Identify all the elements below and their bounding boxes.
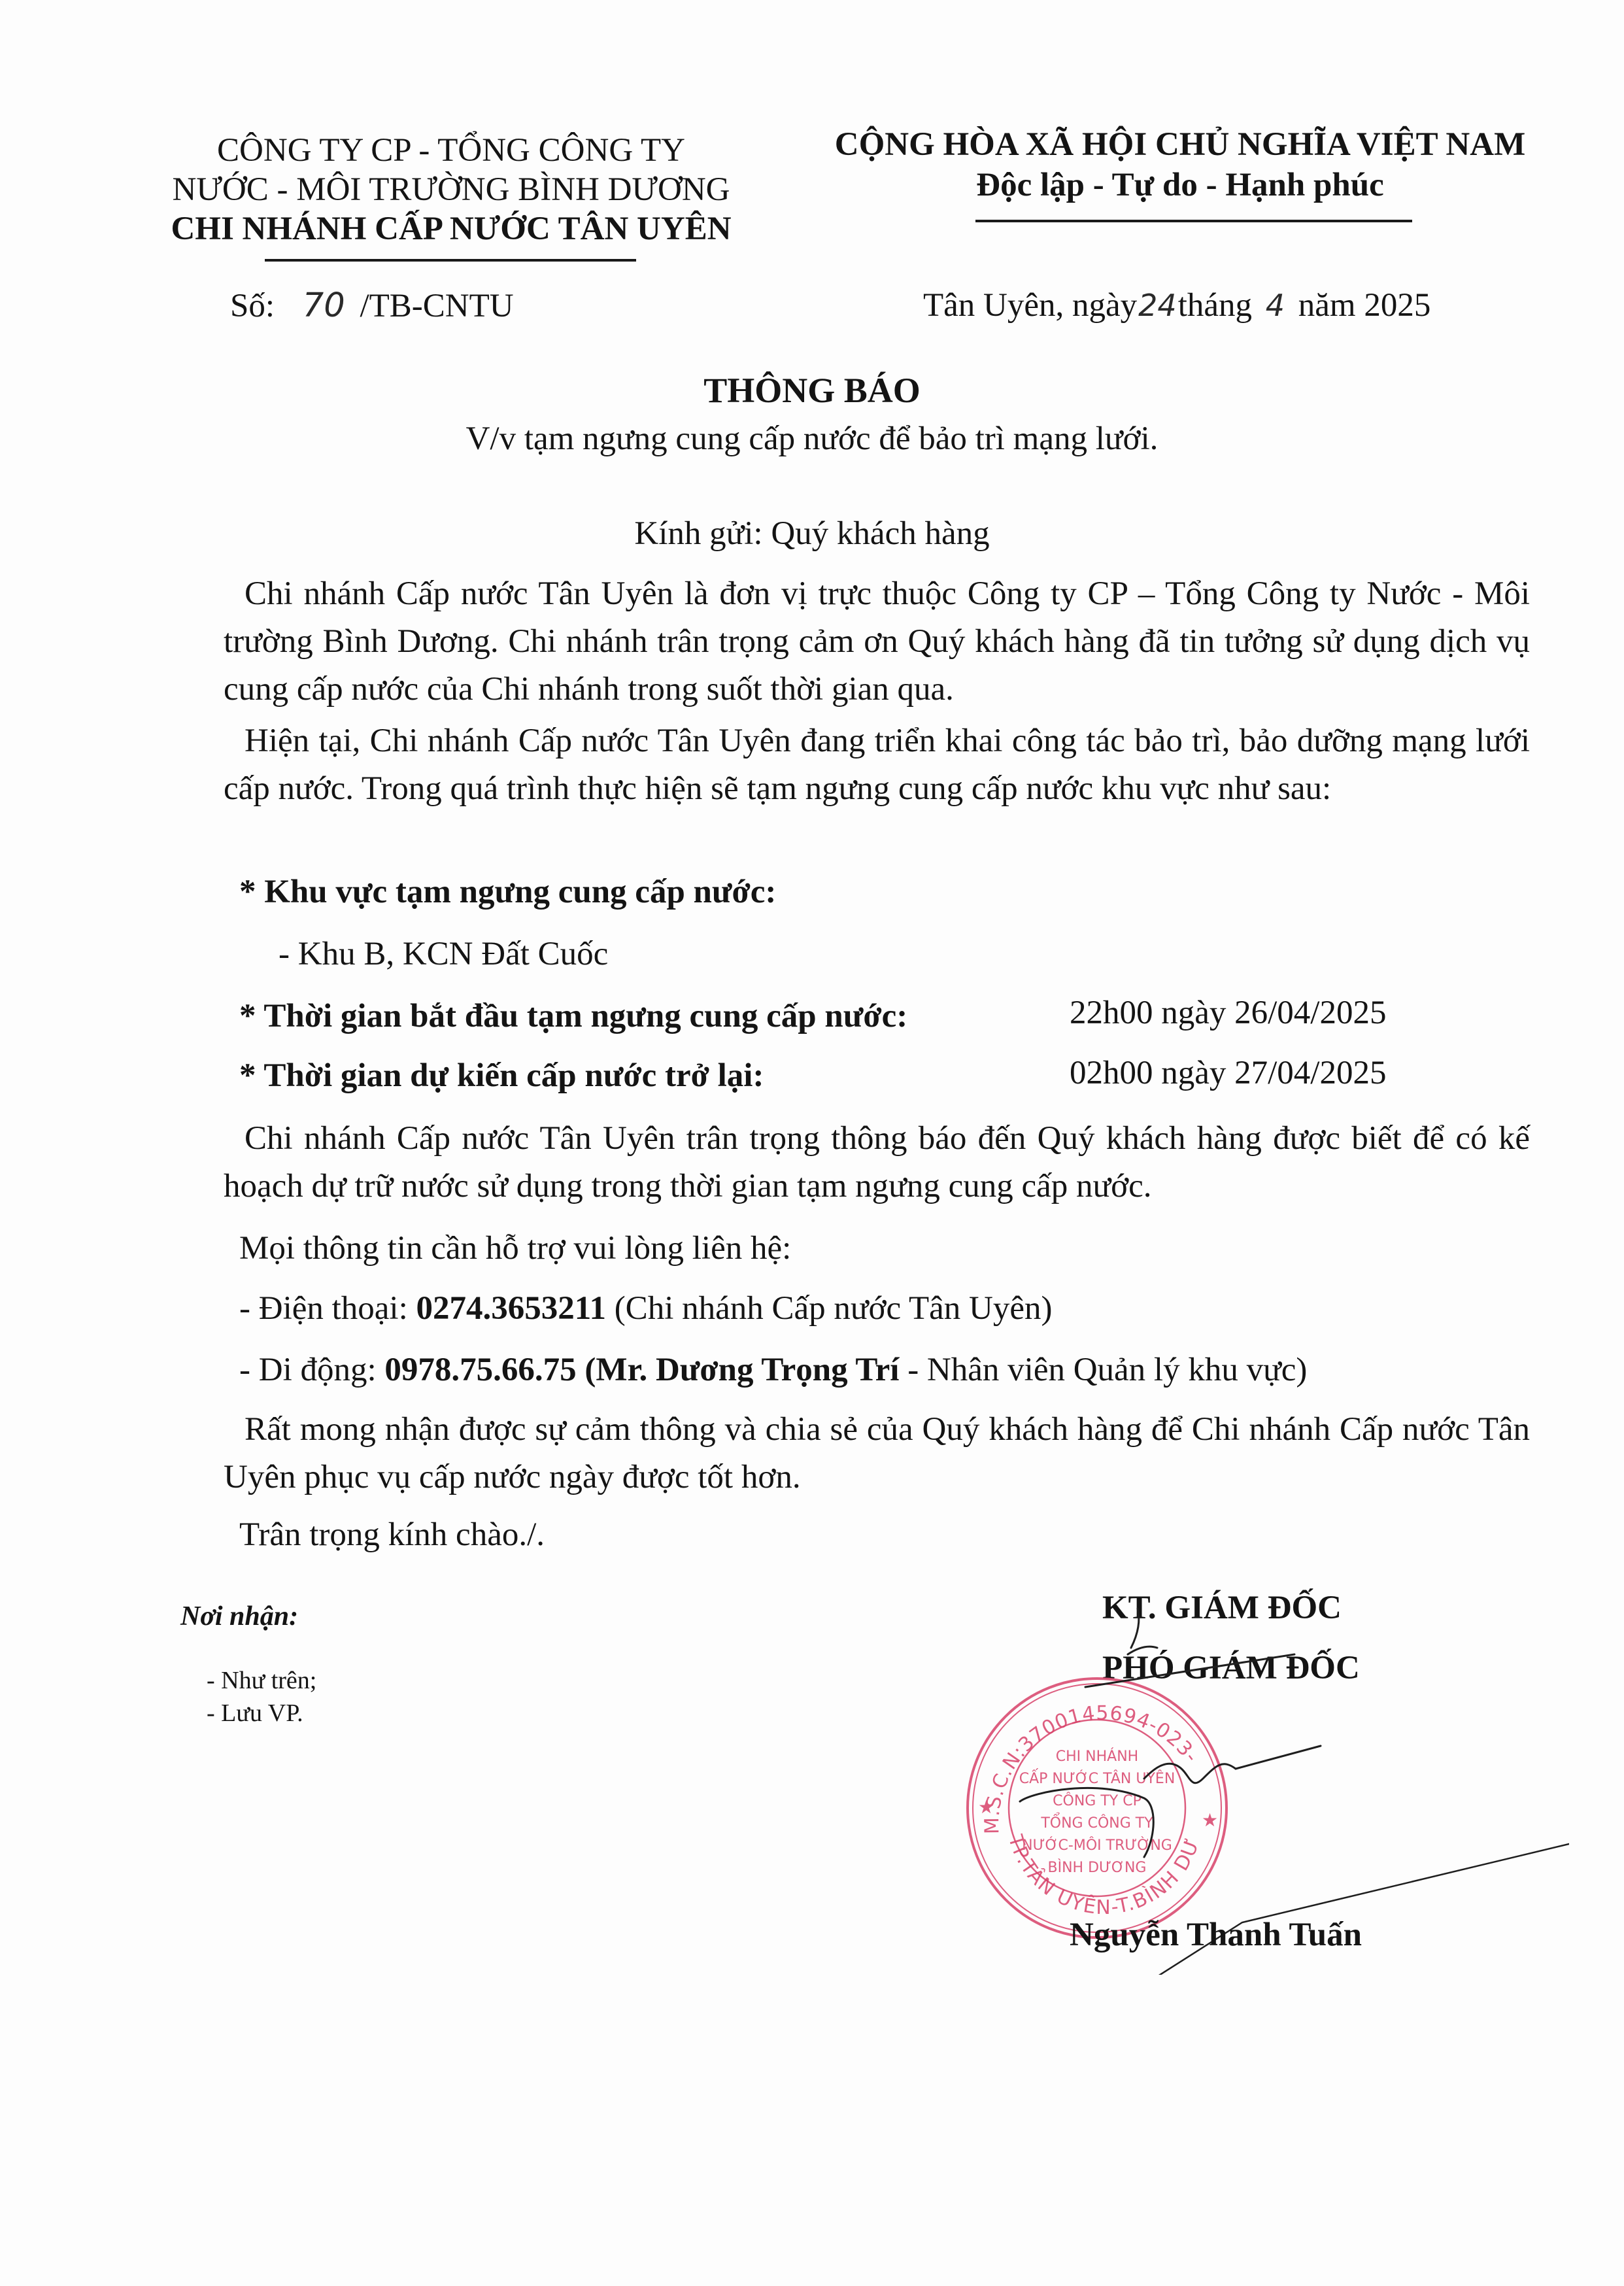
- recipient-item: - Như trên;: [207, 1664, 316, 1697]
- org-parent-line-1: CÔNG TY CP - TỔNG CÔNG TY: [150, 131, 752, 170]
- outage-start-value: 22h00 ngày 26/04/2025: [1070, 994, 1386, 1032]
- recipient-item: - Lưu VP.: [207, 1697, 316, 1730]
- paragraph-current-work-text: Hiện tại, Chi nhánh Cấp nước Tân Uyên đa…: [224, 723, 1530, 807]
- org-parent-line-2: NƯỚC - MÔI TRƯỜNG BÌNH DƯƠNG: [150, 170, 752, 209]
- recipients-list: - Như trên; - Lưu VP.: [207, 1664, 316, 1730]
- paragraph-intro: Chi nhánh Cấp nước Tân Uyên là đơn vị tr…: [224, 570, 1530, 713]
- outage-end-value: 02h00 ngày 27/04/2025: [1070, 1054, 1386, 1092]
- document-subject: V/v tạm ngưng cung cấp nước để bảo trì m…: [0, 420, 1624, 458]
- paragraph-closing-text: Rất mong nhận được sự cảm thông và chia …: [224, 1411, 1530, 1495]
- outage-area-label: * Khu vực tạm ngưng cung cấp nước:: [239, 873, 776, 911]
- document-title: THÔNG BÁO: [0, 370, 1624, 411]
- contact-mobile: - Di động: 0978.75.66.75 (Mr. Dương Trọn…: [239, 1351, 1307, 1389]
- org-header-underline: [265, 259, 636, 262]
- date-day-handwritten: 24: [1138, 288, 1177, 323]
- contact-phone: - Điện thoại: 0274.3653211 (Chi nhánh Cấ…: [239, 1289, 1052, 1327]
- recipients-label: Nơi nhận:: [180, 1601, 298, 1632]
- farewell: Trân trọng kính chào./.: [239, 1516, 545, 1554]
- paragraph-notice: Chi nhánh Cấp nước Tân Uyên trân trọng t…: [224, 1115, 1530, 1210]
- contact-mobile-person: (Mr. Dương Trọng Trí: [584, 1352, 899, 1388]
- outage-start-label: * Thời gian bắt đầu tạm ngưng cung cấp n…: [239, 997, 907, 1035]
- paragraph-current-work: Hiện tại, Chi nhánh Cấp nước Tân Uyên đa…: [224, 717, 1530, 813]
- contact-phone-number: 0274.3653211: [416, 1290, 606, 1327]
- national-title: CỘNG HÒA XÃ HỘI CHỦ NGHĨA VIỆT NAM: [817, 124, 1543, 165]
- signer-name: Nguyễn Thanh Tuấn: [1070, 1916, 1362, 1954]
- contact-mobile-number: 0978.75.66.75: [384, 1352, 576, 1388]
- date-month-handwritten: 4: [1266, 288, 1285, 323]
- greeting: Kính gửi: Quý khách hàng: [0, 515, 1624, 553]
- contact-phone-note: (Chi nhánh Cấp nước Tân Uyên): [615, 1290, 1053, 1327]
- date-place: Tân Uyên, ngày: [923, 287, 1137, 324]
- national-motto: Độc lập - Tự do - Hạnh phúc: [817, 165, 1543, 205]
- organization-header: CÔNG TY CP - TỔNG CÔNG TY NƯỚC - MÔI TRƯ…: [150, 131, 752, 248]
- document-number-prefix: Số:: [230, 288, 275, 324]
- date-year: năm 2025: [1298, 287, 1431, 324]
- paragraph-closing: Rất mong nhận được sự cảm thông và chia …: [224, 1406, 1530, 1501]
- contact-mobile-label: - Di động:: [239, 1352, 377, 1388]
- contact-phone-label: - Điện thoại:: [239, 1290, 408, 1327]
- document-number-suffix: /TB-CNTU: [360, 288, 513, 324]
- paragraph-notice-text: Chi nhánh Cấp nước Tân Uyên trân trọng t…: [224, 1120, 1530, 1204]
- contact-mobile-note: - Nhân viên Quản lý khu vực): [899, 1352, 1307, 1388]
- document-date: Tân Uyên, ngày24tháng 4 năm 2025: [923, 286, 1430, 324]
- national-header: CỘNG HÒA XÃ HỘI CHỦ NGHĨA VIỆT NAM Độc l…: [817, 124, 1543, 205]
- national-motto-underline: [975, 220, 1412, 222]
- outage-area-value: - Khu B, KCN Đất Cuốc: [279, 935, 608, 973]
- paragraph-intro-text: Chi nhánh Cấp nước Tân Uyên là đơn vị tr…: [224, 575, 1530, 708]
- outage-end-label: * Thời gian dự kiến cấp nước trở lại:: [239, 1057, 764, 1095]
- date-month-label: tháng: [1178, 287, 1252, 324]
- document-number-handwritten: 70: [303, 286, 345, 325]
- org-branch-name: CHI NHÁNH CẤP NƯỚC TÂN UYÊN: [150, 209, 752, 248]
- document-number: Số: 70 /TB-CNTU: [230, 286, 514, 325]
- contact-intro: Mọi thông tin cần hỗ trợ vui lòng liên h…: [239, 1229, 791, 1267]
